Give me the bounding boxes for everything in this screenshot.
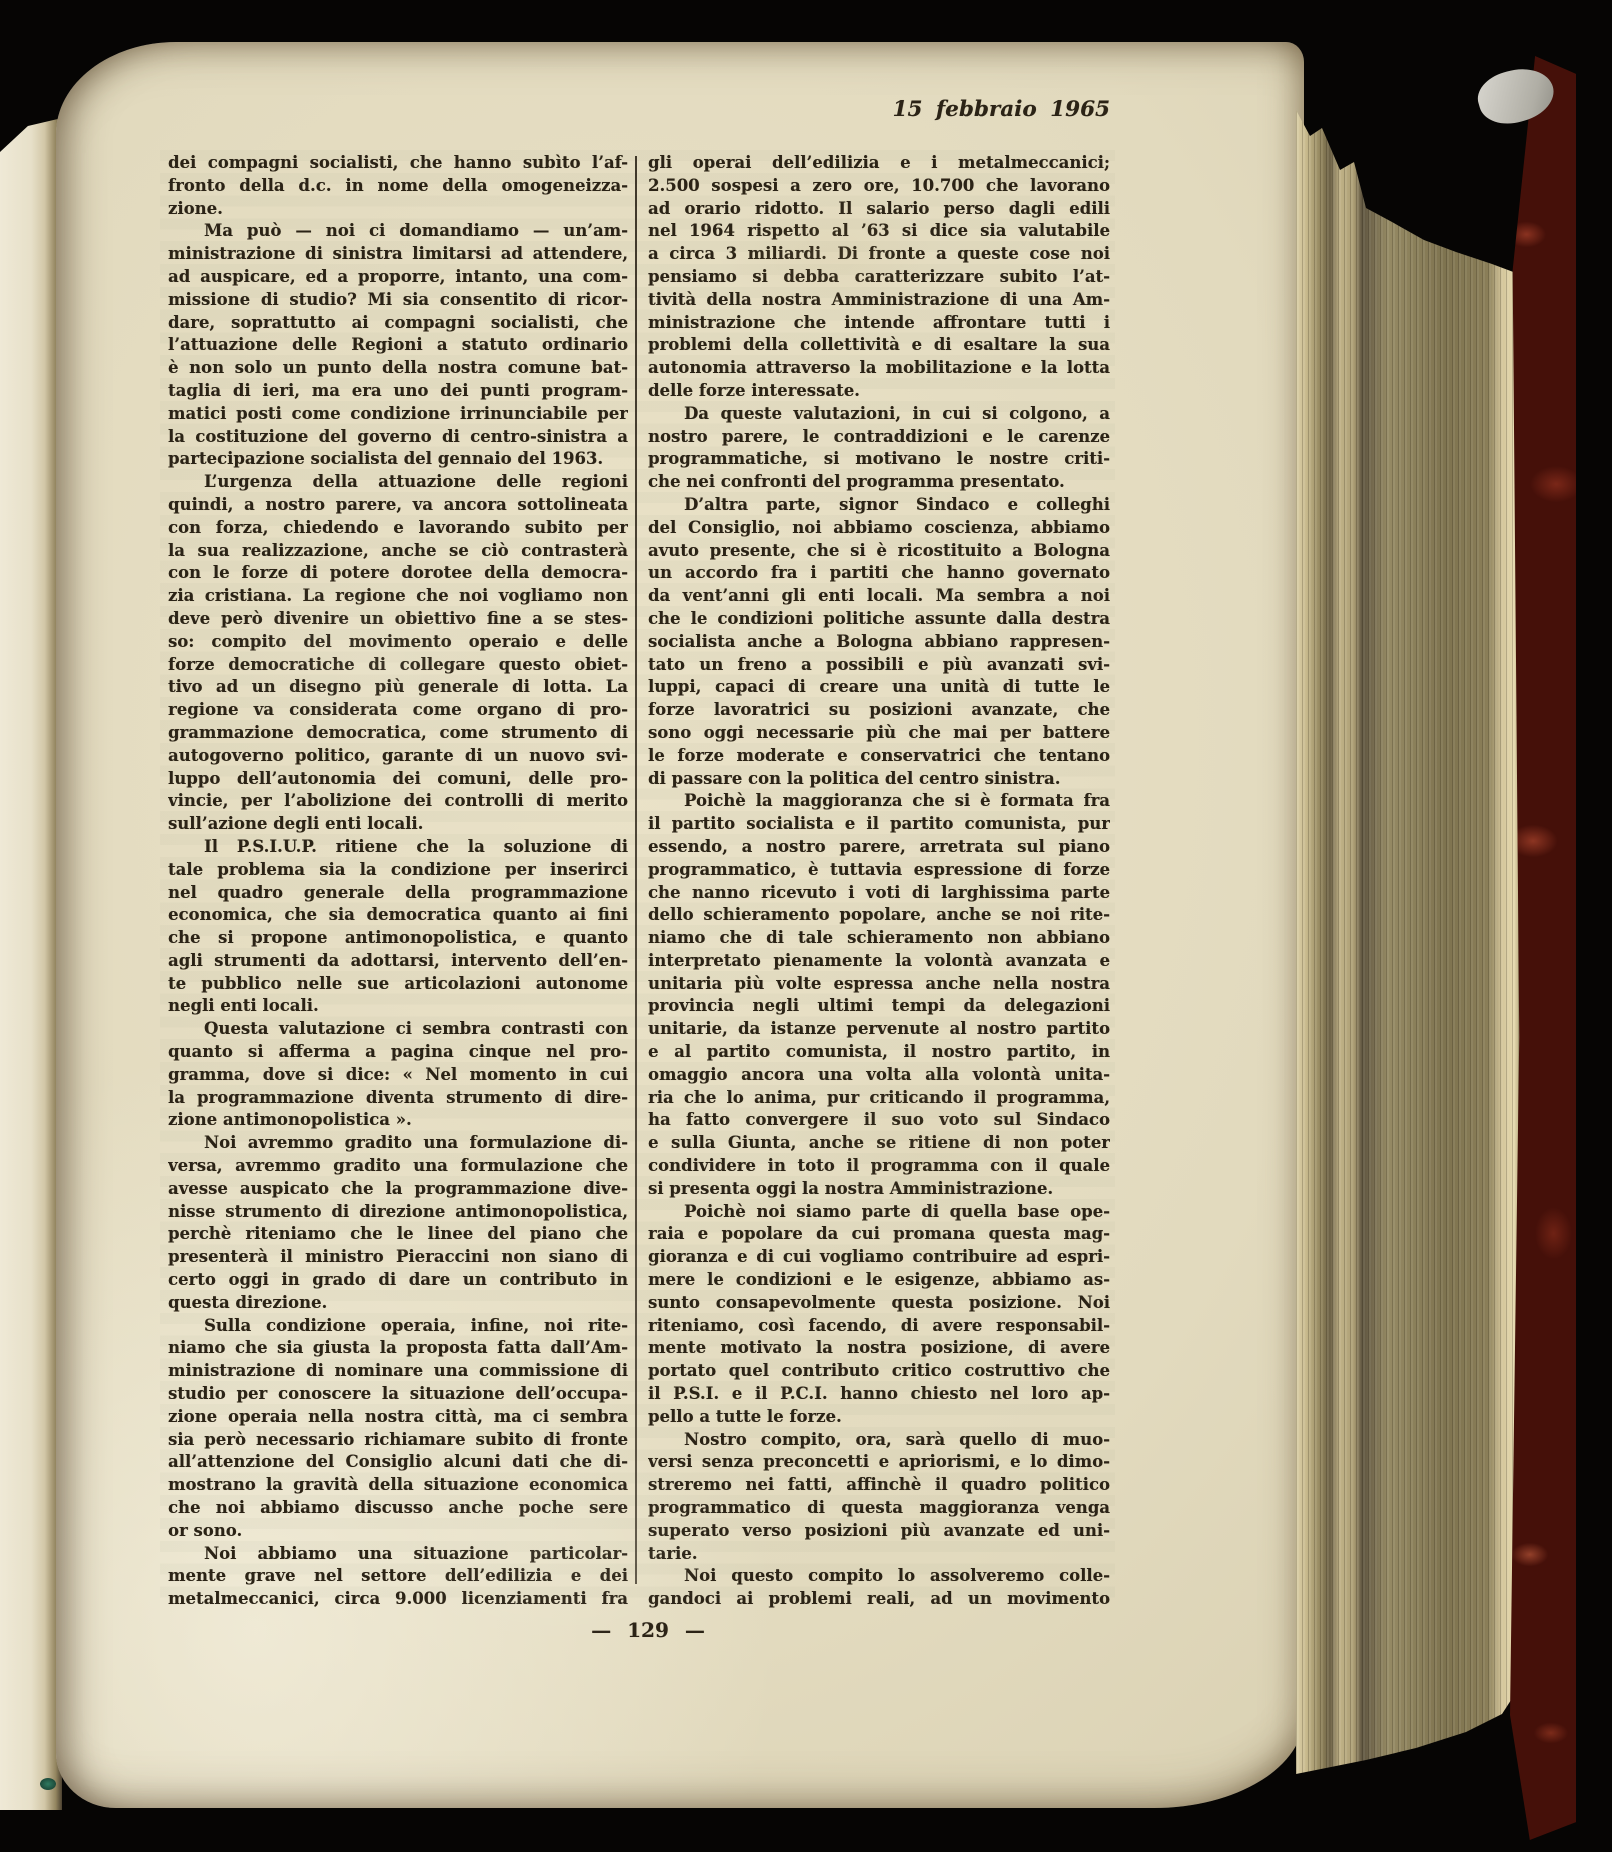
text-line: Sulla condizione operaia, infine, noi ri… [168,1315,628,1338]
text-line: versa, avremmo gradito una formulazione … [168,1155,628,1178]
page-number: — 129 — [558,1618,738,1642]
text-line: gli operai dell’edilizia e i metalmeccan… [648,152,1110,175]
text-line: all’attenzione del Consiglio alcuni dati… [168,1451,628,1474]
text-line: partecipazione socialista del gennaio de… [168,448,628,471]
text-line: studio per conoscere la situazione dell’… [168,1383,628,1406]
text-line: gioranza e di cui vogliamo contribuire a… [648,1246,1110,1269]
text-line: nisse strumento di direzione antimonopol… [168,1201,628,1224]
text-line: Questa valutazione ci sembra contrasti c… [168,1018,628,1041]
text-line: pensiamo si debba caratterizzare subito … [648,266,1110,289]
text-line: avuto presente, che si è ricostituito a … [648,540,1110,563]
printed-content: 15 febbraio 1965 dei compagni socialisti… [0,0,1612,1852]
text-line: programmatico, è tuttavia espressione di… [648,859,1110,882]
text-line: forze lavoratrici su posizioni avanzate,… [648,699,1110,722]
text-line: presenterà il ministro Pieraccini non si… [168,1246,628,1269]
text-column-left: dei compagni socialisti, che hanno subìt… [168,152,628,1611]
text-line: e al partito comunista, il nostro partit… [648,1041,1110,1064]
text-line: niamo che sia giusta la proposta fatta d… [168,1337,628,1360]
text-line: e sulla Giunta, anche se ritiene di non … [648,1132,1110,1155]
text-line: sono oggi necessarie più che mai per bat… [648,722,1110,745]
text-line: forze democratiche di collegare questo o… [168,654,628,677]
text-line: socialista anche a Bologna abbiano rappr… [648,631,1110,654]
text-line: sull’azione degli enti locali. [168,813,628,836]
text-line: di passare con la politica del centro si… [648,768,1110,791]
text-line: autonomia attraverso la mobilitazione e … [648,357,1110,380]
text-line: ad auspicare, ed a proporre, intanto, un… [168,266,628,289]
text-line: con le forze di potere dorotee della dem… [168,562,628,585]
text-line: niamo che di tale schieramento non abbia… [648,927,1110,950]
text-line: le forze moderate e conservatrici che te… [648,745,1110,768]
text-line: programmatiche, si motivano le nostre cr… [648,448,1110,471]
text-line: mente grave nel settore dell’edilizia e … [168,1565,628,1588]
text-line: tività della nostra Amministrazione di u… [648,289,1110,312]
text-line: missione di studio? Mi sia consentito di… [168,289,628,312]
text-line: la sua realizzazione, anche se ciò contr… [168,540,628,563]
text-line: sunto consapevolmente questa posizione. … [648,1292,1110,1315]
text-line: che nanno ricevuto i voti di larghissima… [648,882,1110,905]
text-line: problemi della collettività e di esaltar… [648,334,1110,357]
page-header-date: 15 febbraio 1965 [648,97,1110,123]
text-line: gramma, dove si dice: « Nel momento in c… [168,1064,628,1087]
text-line: dare, soprattutto ai compagni socialisti… [168,312,628,335]
text-line: tato un freno a possibili e più avanzati… [648,654,1110,677]
text-line: unitaria più volte espressa anche nella … [648,973,1110,996]
text-line: tale problema sia la condizione per inse… [168,859,628,882]
text-line: D’altra parte, signor Sindaco e colleghi [648,494,1110,517]
text-line: da vent’anni gli enti locali. Ma sembra … [648,585,1110,608]
text-line: so: compito del movimento operaio e dell… [168,631,628,654]
text-line: Nostro compito, ora, sarà quello di muo- [648,1429,1110,1452]
text-line: Poichè la maggioranza che si è formata f… [648,790,1110,813]
text-line: interpretato pienamente la volontà avanz… [648,950,1110,973]
text-line: ha fatto convergere il suo voto sul Sind… [648,1109,1110,1132]
text-line: del Consiglio, noi abbiamo coscienza, ab… [648,517,1110,540]
text-line: è non solo un punto della nostra comune … [168,357,628,380]
text-line: te pubblico nelle sue articolazioni auto… [168,973,628,996]
text-line: riteniamo, così facendo, di avere respon… [648,1315,1110,1338]
text-line: zia cristiana. La regione che noi voglia… [168,585,628,608]
text-line: zione. [168,198,628,221]
text-line: ministrazione di sinistra limitarsi ad a… [168,243,628,266]
text-line: nel quadro generale della programmazione [168,882,628,905]
text-line: ad orario ridotto. Il salario perso dagl… [648,198,1110,221]
text-line: Noi avremmo gradito una formulazione di- [168,1132,628,1155]
text-line: sia però necessario richiamare subito di… [168,1429,628,1452]
text-line: certo oggi in grado di dare un contribut… [168,1269,628,1292]
text-line: il partito socialista e il partito comun… [648,813,1110,836]
text-line: gandoci ai problemi reali, ad un movimen… [648,1588,1110,1611]
text-line: L’urgenza della attuazione delle regioni [168,471,628,494]
text-line: vincie, per l’abolizione dei controlli d… [168,790,628,813]
text-line: deve però divenire un obiettivo fine a s… [168,608,628,631]
text-line: l’attuazione delle Regioni a statuto ord… [168,334,628,357]
text-line: portato quel contributo critico costrutt… [648,1360,1110,1383]
text-line: quindi, a nostro parere, va ancora sotto… [168,494,628,517]
text-line: che noi abbiamo discusso anche poche ser… [168,1497,628,1520]
text-line: essendo, a nostro parere, arretrata sul … [648,836,1110,859]
text-line: Noi questo compito lo assolveremo colle- [648,1565,1110,1588]
text-line: autogoverno politico, garante di un nuov… [168,745,628,768]
text-line: delle forze interessate. [648,380,1110,403]
text-line: regione va considerata come organo di pr… [168,699,628,722]
text-line: quanto si afferma a pagina cinque nel pr… [168,1041,628,1064]
text-column-right: gli operai dell’edilizia e i metalmeccan… [648,152,1110,1611]
text-line: nostro parere, le contraddizioni e le ca… [648,426,1110,449]
text-line: zione antimonopolistica ». [168,1109,628,1132]
column-divider-rule [635,156,637,1584]
text-line: luppo dell’autonomia dei comuni, delle p… [168,768,628,791]
text-line: economica, che sia democratica quanto ai… [168,904,628,927]
text-line: raia e popolare da cui promana questa ma… [648,1223,1110,1246]
text-line: mere le condizioni e le esigenze, abbiam… [648,1269,1110,1292]
text-line: la programmazione diventa strumento di d… [168,1087,628,1110]
text-line: metalmeccanici, circa 9.000 licenziament… [168,1588,628,1611]
text-line: mente motivato la nostra posizione, di a… [648,1337,1110,1360]
text-line: si presenta oggi la nostra Amministrazio… [648,1178,1110,1201]
text-line: Da queste valutazioni, in cui si colgono… [648,403,1110,426]
text-line: omaggio ancora una volta alla volontà un… [648,1064,1110,1087]
text-line: mostrano la gravità della situazione eco… [168,1474,628,1497]
text-line: Noi abbiamo una situazione particolar- [168,1543,628,1566]
text-line: avesse auspicato che la programmazione d… [168,1178,628,1201]
text-line: unitarie, da istanze pervenute al nostro… [648,1018,1110,1041]
text-line: la costituzione del governo di centro-si… [168,426,628,449]
text-line: grammazione democratica, come strumento … [168,722,628,745]
text-line: ministrazione che intende affrontare tut… [648,312,1110,335]
text-line: ria che lo anima, pur criticando il prog… [648,1087,1110,1110]
text-line: luppi, capaci di creare una unità di tut… [648,676,1110,699]
text-line: un accordo fra i partiti che hanno gover… [648,562,1110,585]
text-line: Il P.S.I.U.P. ritiene che la soluzione d… [168,836,628,859]
text-line: streremo nei fatti, affinchè il quadro p… [648,1474,1110,1497]
text-line: condividere in toto il programma con il … [648,1155,1110,1178]
text-line: matici posti come condizione irrinunciab… [168,403,628,426]
text-line: taglia di ieri, ma era uno dei punti pro… [168,380,628,403]
text-line: perchè riteniamo che le linee del piano … [168,1223,628,1246]
text-line: nel 1964 rispetto al ’63 si dice sia val… [648,220,1110,243]
text-line: agli strumenti da adottarsi, intervento … [168,950,628,973]
text-line: con forza, chiedendo e lavorando subito … [168,517,628,540]
text-line: fronto della d.c. in nome della omogenei… [168,175,628,198]
text-line: ministrazione di nominare una commission… [168,1360,628,1383]
text-line: Ma può — noi ci domandiamo — un’am- [168,220,628,243]
text-line: che si propone antimonopolistica, e quan… [168,927,628,950]
text-line: il P.S.I. e il P.C.I. hanno chiesto nel … [648,1383,1110,1406]
text-line: zione operaia nella nostra città, ma ci … [168,1406,628,1429]
text-line: questa direzione. [168,1292,628,1315]
text-line: tivo ad un disegno più generale di lotta… [168,676,628,699]
text-line: programmatico di questa maggioranza veng… [648,1497,1110,1520]
text-line: a circa 3 miliardi. Di fronte a queste c… [648,243,1110,266]
text-line: 2.500 sospesi a zero ore, 10.700 che lav… [648,175,1110,198]
text-line: dello schieramento popolare, anche se no… [648,904,1110,927]
text-line: or sono. [168,1520,628,1543]
text-line: versi senza preconcetti e apriorismi, e … [648,1451,1110,1474]
text-line: dei compagni socialisti, che hanno subìt… [168,152,628,175]
text-line: che nei confronti del programma presenta… [648,471,1110,494]
text-line: che le condizioni politiche assunte dall… [648,608,1110,631]
text-line: Poichè noi siamo parte di quella base op… [648,1201,1110,1224]
text-line: pello a tutte le forze. [648,1406,1110,1429]
text-line: negli enti locali. [168,995,628,1018]
text-line: tarie. [648,1543,1110,1566]
text-line: provincia negli ultimi tempi da delegazi… [648,995,1110,1018]
text-line: superato verso posizioni più avanzate ed… [648,1520,1110,1543]
